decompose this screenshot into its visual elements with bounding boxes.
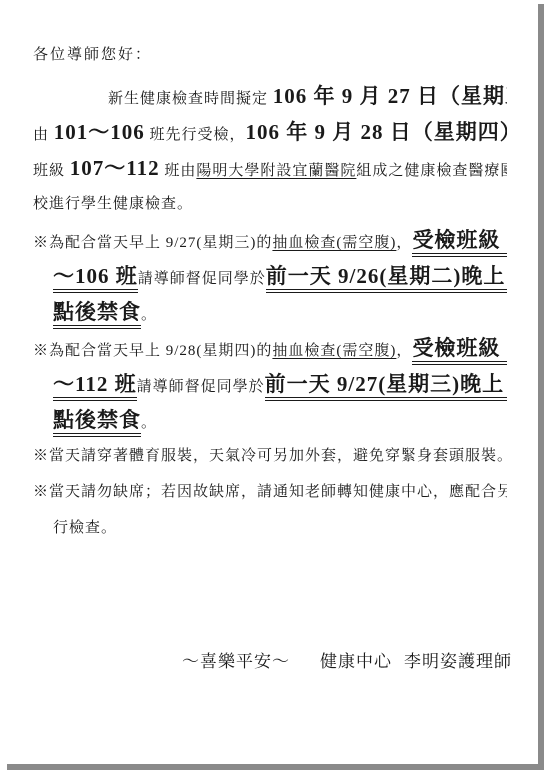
no-food-emphasis: 點後禁食 xyxy=(53,300,141,329)
note1-period: 。 xyxy=(141,307,157,323)
note1-text: ※為配合當天早上 9/27(星期三)的 xyxy=(33,235,272,251)
fasting-time-emphasis: 前一天 9/27(星期三)晚上 12 xyxy=(265,372,507,401)
greeting-line: 各位導師您好： xyxy=(33,45,507,65)
signature-department: 健康中心 xyxy=(320,652,392,671)
signature-blessing: ～喜樂平安～ xyxy=(182,652,290,671)
signature-nurse-name: 李明姿護理師 xyxy=(404,652,512,671)
blood-test-note: 抽血檢查(需空腹) xyxy=(272,235,396,251)
intro-text: 班級 xyxy=(33,163,70,179)
intro-lead-text: 新生健康檢查時間擬定 xyxy=(108,91,273,107)
note-absence-line-2: 行檢查。 xyxy=(53,510,507,546)
class-range-emphasis: ～112 班 xyxy=(53,372,137,401)
class-range-101-106: 101～106 xyxy=(54,120,145,144)
page-shadow-bottom xyxy=(7,764,544,770)
hospital-name: 陽明大學附設宜蘭醫院 xyxy=(196,163,356,179)
intro-text: 班由 xyxy=(160,163,197,179)
note1-line-3: 點後禁食。 xyxy=(53,294,507,330)
exam-date-2: 106 年 9 月 28 日（星期四） xyxy=(246,120,507,144)
note2-period: 。 xyxy=(141,415,157,431)
note2-line-1: ※為配合當天早上 9/28(星期四)的抽血檢查(需空腹)，受檢班級 107 xyxy=(33,330,507,366)
class-range-107-112: 107～112 xyxy=(70,156,160,180)
exam-classes-emphasis: 受檢班級 101 xyxy=(412,228,507,257)
note-clothing-text: ※當天請穿著體育服裝，天氣冷可另加外套，避免穿緊身套頭服裝。 xyxy=(33,448,507,464)
page-shadow-right xyxy=(538,4,544,770)
intro-paragraph: 新生健康檢查時間擬定 106 年 9 月 27 日（星期三） 由 101～106… xyxy=(33,78,507,222)
note-fasting-107-112: ※為配合當天早上 9/28(星期四)的抽血檢查(需空腹)，受檢班級 107 ～1… xyxy=(33,330,507,438)
note2-comma: ， xyxy=(396,343,412,359)
note-clothing: ※當天請穿著體育服裝，天氣冷可另加外套，避免穿緊身套頭服裝。 xyxy=(33,438,507,474)
intro-line-2: 由 101～106 班先行受檢，106 年 9 月 28 日（星期四） 受檢 xyxy=(33,114,507,150)
document-content: 各位導師您好： 新生健康檢查時間擬定 106 年 9 月 27 日（星期三） 由… xyxy=(33,45,507,674)
document-page: 各位導師您好： 新生健康檢查時間擬定 106 年 9 月 27 日（星期三） 由… xyxy=(0,0,547,772)
signature-line: ～喜樂平安～健康中心李明姿護理師 xyxy=(33,650,507,674)
note2-text: 請導師督促同學於 xyxy=(137,379,265,395)
note-absence-text: 行檢查。 xyxy=(53,520,117,536)
intro-text: 校進行學生健康檢查。 xyxy=(33,196,193,212)
note1-comma: ， xyxy=(396,235,412,251)
note-absence-text: ※當天請勿缺席；若因故缺席，請通知老師轉知健康中心，應配合另擇期補 xyxy=(33,484,507,500)
note-absence-line-1: ※當天請勿缺席；若因故缺席，請通知老師轉知健康中心，應配合另擇期補 xyxy=(33,474,507,510)
note-fasting-101-106: ※為配合當天早上 9/27(星期三)的抽血檢查(需空腹)，受檢班級 101 ～1… xyxy=(33,222,507,330)
note2-line-2: ～112 班請導師督促同學於前一天 9/27(星期三)晚上 12 xyxy=(53,366,507,402)
class-range-emphasis: ～106 班 xyxy=(53,264,138,293)
note2-text: ※為配合當天早上 9/28(星期四)的 xyxy=(33,343,272,359)
exam-date-1: 106 年 9 月 27 日（星期三） xyxy=(273,84,507,108)
intro-line-3: 班級 107～112 班由陽明大學附設宜蘭醫院組成之健康檢查醫療團隊蒞 xyxy=(33,150,507,186)
blood-test-note: 抽血檢查(需空腹) xyxy=(272,343,396,359)
note1-text: 請導師督促同學於 xyxy=(138,271,266,287)
note1-line-2: ～106 班請導師督促同學於前一天 9/26(星期二)晚上 12 xyxy=(53,258,507,294)
intro-text: 組成之健康檢查醫療團隊蒞 xyxy=(356,163,507,179)
no-food-emphasis: 點後禁食 xyxy=(53,408,141,437)
exam-classes-emphasis: 受檢班級 107 xyxy=(412,336,507,365)
note1-line-1: ※為配合當天早上 9/27(星期三)的抽血檢查(需空腹)，受檢班級 101 xyxy=(33,222,507,258)
note-absence: ※當天請勿缺席；若因故缺席，請通知老師轉知健康中心，應配合另擇期補 行檢查。 xyxy=(33,474,507,546)
intro-line-4: 校進行學生健康檢查。 xyxy=(33,186,507,222)
intro-line-1: 新生健康檢查時間擬定 106 年 9 月 27 日（星期三） xyxy=(33,78,507,114)
intro-text: 班先行受檢， xyxy=(145,127,246,143)
intro-text: 由 xyxy=(33,127,54,143)
fasting-time-emphasis: 前一天 9/26(星期二)晚上 12 xyxy=(266,264,507,293)
note2-line-3: 點後禁食。 xyxy=(53,402,507,438)
